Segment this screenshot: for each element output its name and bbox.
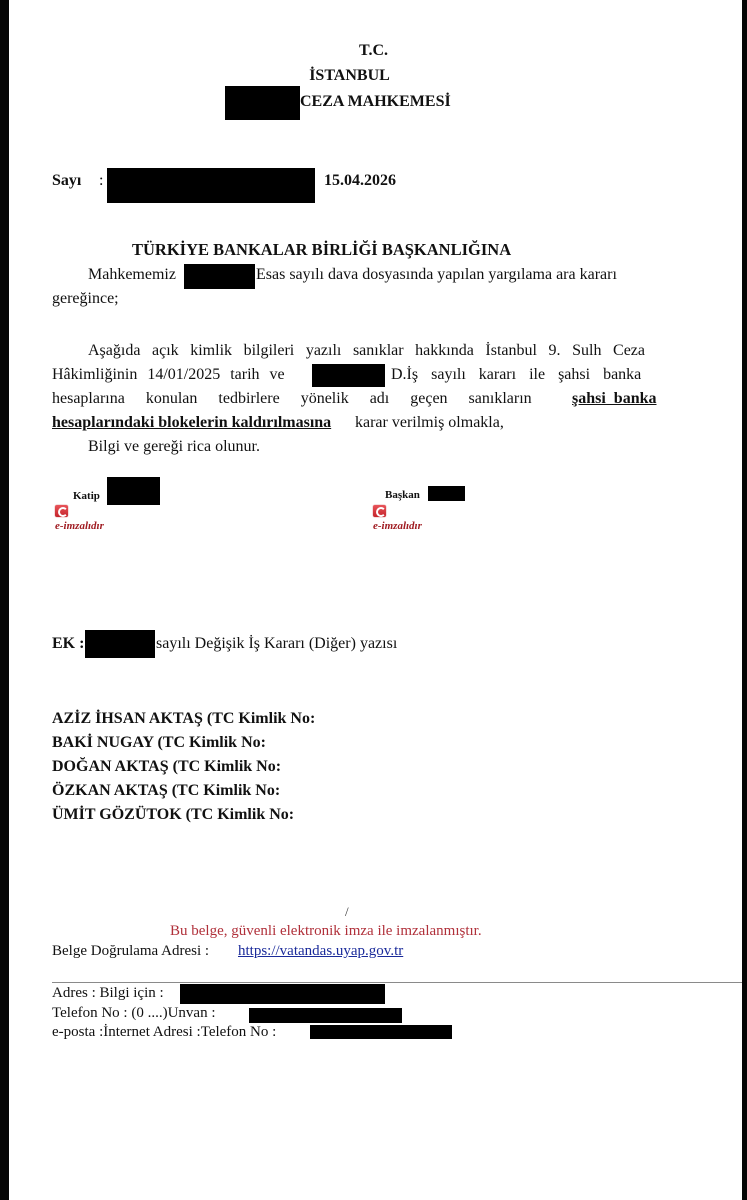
header-tc: T.C. xyxy=(0,42,747,60)
para2-line2-prefix: Hâkimliğinin 14/01/2025 tarih ve xyxy=(52,366,285,384)
para2-closing: Bilgi ve gereği rica olunur. xyxy=(88,438,260,456)
e-signature-icon xyxy=(55,505,68,517)
emphasis-personal-bank: şahsi banka xyxy=(572,390,657,408)
redaction-decision-number xyxy=(312,364,385,387)
redaction-attachment-number xyxy=(85,630,155,658)
reference-label: Sayı xyxy=(52,172,81,190)
defendant-item: ÖZKAN AKTAŞ (TC Kimlik No: xyxy=(52,782,280,800)
redaction-address xyxy=(180,984,385,1004)
defendant-item: ÜMİT GÖZÜTOK (TC Kimlik No: xyxy=(52,806,294,824)
attachment-label: EK : xyxy=(52,635,84,653)
contact-label: e-posta :İnternet Adresi :Telefon No : xyxy=(52,1024,276,1041)
emphasis-remove-blocks: hesaplarındaki blokelerin kaldırılmasına xyxy=(52,414,331,432)
para2-line2-suffix: D.İş sayılı kararı ile şahsi banka xyxy=(391,366,641,384)
header-city: İSTANBUL xyxy=(0,67,723,85)
signature-clerk-status: e-imzalıdır xyxy=(55,520,104,532)
redaction-reference-number xyxy=(107,168,315,203)
e-signature-icon xyxy=(373,505,386,517)
attachment-text: sayılı Değişik İş Kararı (Diğer) yazısı xyxy=(156,635,397,653)
header-court: CEZA MAHKEMESİ xyxy=(300,93,451,111)
verify-url-link[interactable]: https://vatandas.uyap.gov.tr xyxy=(238,943,403,960)
phone-title-label: Telefon No : (0 ....)Unvan : xyxy=(52,1005,216,1022)
redaction-case-number xyxy=(184,264,255,289)
para2-line3-prefix: hesaplarına konulan tedbirlere yönelik a… xyxy=(52,390,532,408)
redaction-clerk-name xyxy=(107,477,160,505)
redaction-judge-name xyxy=(428,486,465,501)
para1-line2: gereğince; xyxy=(52,290,119,308)
address-label: Adres : Bilgi için : xyxy=(52,985,164,1002)
defendant-item: DOĞAN AKTAŞ (TC Kimlik No: xyxy=(52,758,281,776)
footer-divider xyxy=(52,982,742,983)
redaction-court-number xyxy=(225,86,300,120)
scan-border-left xyxy=(0,0,9,1200)
signature-clerk-label: Katip xyxy=(73,490,100,502)
para1-suffix: Esas sayılı dava dosyasında yapılan yarg… xyxy=(256,266,617,284)
stray-slash-mark: / xyxy=(345,904,349,920)
verify-label: Belge Doğrulama Adresi : xyxy=(52,943,209,960)
esign-notice: Bu belge, güvenli elektronik imza ile im… xyxy=(170,923,482,940)
para1-prefix: Mahkememiz xyxy=(88,266,176,284)
signature-judge-status: e-imzalıdır xyxy=(373,520,422,532)
scan-border-right xyxy=(742,0,747,1200)
para2-line1: Aşağıda açık kimlik bilgileri yazılı san… xyxy=(88,342,645,360)
signature-judge-label: Başkan xyxy=(385,489,420,501)
para2-line4-suffix: karar verilmiş olmakla, xyxy=(355,414,504,432)
redaction-title xyxy=(249,1008,402,1023)
reference-date: 15.04.2026 xyxy=(324,172,396,190)
defendant-item: AZİZ İHSAN AKTAŞ (TC Kimlik No: xyxy=(52,710,315,728)
redaction-phone xyxy=(310,1025,452,1039)
reference-separator: : xyxy=(99,172,103,190)
defendant-item: BAKİ NUGAY (TC Kimlik No: xyxy=(52,734,266,752)
recipient: TÜRKİYE BANKALAR BİRLİĞİ BAŞKANLIĞINA xyxy=(132,240,511,260)
